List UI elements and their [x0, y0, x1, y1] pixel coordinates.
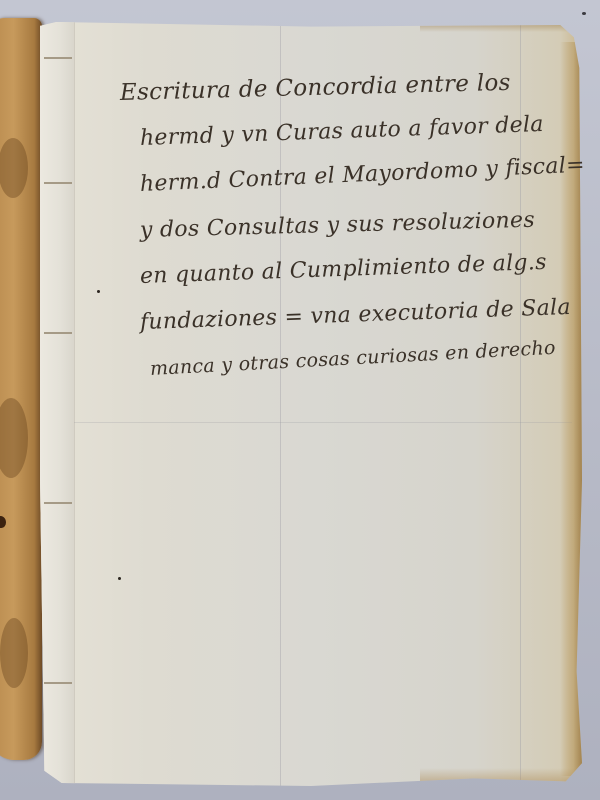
stain	[0, 398, 28, 478]
binding-stitch	[44, 182, 72, 184]
binding-stitch	[44, 682, 72, 684]
binding-stitch	[44, 332, 72, 334]
handwritten-text: Escritura de Concordia entre los hermd y…	[110, 70, 550, 392]
ink-speck	[118, 577, 121, 580]
ink-blot	[0, 516, 6, 528]
stain	[0, 618, 28, 688]
binding-stitch	[44, 57, 72, 59]
stained-bottom-edge	[420, 768, 582, 786]
stained-top-edge	[420, 22, 582, 32]
stain	[0, 138, 28, 198]
underlying-brown-document	[0, 18, 42, 760]
ink-speck	[97, 290, 100, 293]
dust-speck	[582, 12, 586, 15]
photo-scene: Escritura de Concordia entre los hermd y…	[0, 0, 600, 800]
bound-spine-edge	[40, 22, 75, 786]
paper-fold-line	[74, 422, 572, 423]
binding-stitch	[44, 502, 72, 504]
